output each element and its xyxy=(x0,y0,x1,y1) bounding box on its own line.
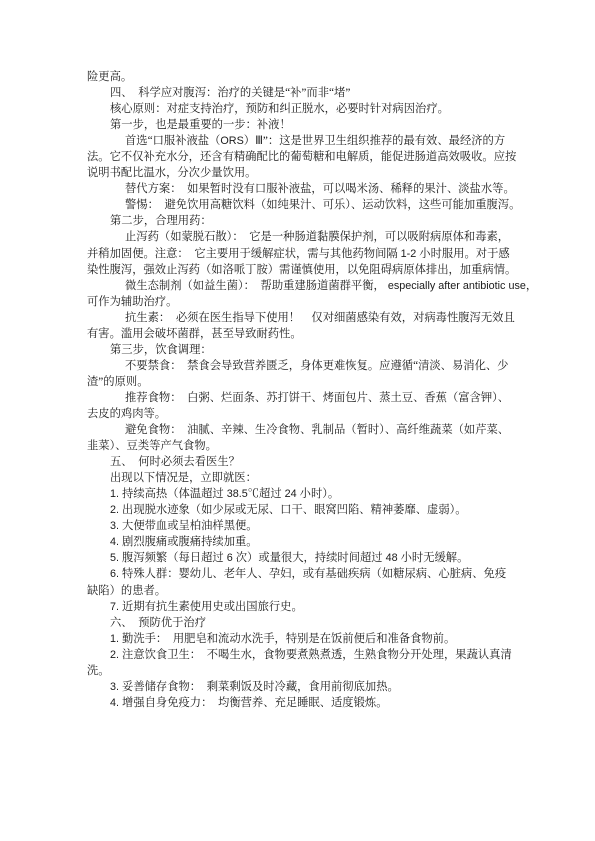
text-line: 5. 腹泻频繁（每日超过 6 次）或量很大，持续时间超过 48 小时无缓解。 xyxy=(87,550,519,566)
latin-text-run: ORS xyxy=(220,135,243,147)
latin-text-run: 38.5 xyxy=(224,488,248,500)
latin-text-run: 6. xyxy=(110,568,122,580)
text-line: 首选“口服补液盐（ORS）Ⅲ”：这是世界卫生组织推荐的最有效、最经济的方 xyxy=(87,133,519,149)
text-line: 法。它不仅补充水分，还含有精确配比的葡萄糖和电解质，能促进肠道高效吸收。应按 xyxy=(87,149,519,165)
text-line: 出现以下情况是，立即就医： xyxy=(87,470,519,486)
latin-text-run: 6 xyxy=(224,552,236,564)
text-line: 核心原则：对症支持治疗，预防和纠正脱水，必要时针对病因治疗。 xyxy=(87,101,519,117)
text-line: 1. 勤洗手： 用肥皂和流动水洗手，特别是在饭前便后和准备食物前。 xyxy=(87,631,519,647)
latin-text-run: especially after antibiotic use xyxy=(385,280,526,292)
text-line: 微生态制剂（如益生菌）： 帮助重建肠道菌群平衡， especially afte… xyxy=(87,278,519,294)
text-line: 第三步，饮食调理： xyxy=(87,342,519,358)
text-line: 避免食物： 油腻、辛辣、生冷食物、乳制品（暂时）、高纤维蔬菜（如芹菜、 xyxy=(87,422,519,438)
text-line: 染性腹泻，强效止泻药（如洛哌丁胺）需谨慎使用，以免阻碍病原体排出，加重病情。 xyxy=(87,262,519,278)
text-line: 1. 持续高热（体温超过 38.5℃超过 24 小时）。 xyxy=(87,486,519,502)
latin-text-run: 7. xyxy=(110,601,122,613)
text-line: 警惕： 避免饮用高糖饮料（如纯果汁、可乐）、运动饮料，这些可能加重腹泻。 xyxy=(87,197,519,213)
text-line: 6. 特殊人群：婴幼儿、老年人、孕妇，或有基础疾病（如糖尿病、心脏病、免疫 xyxy=(87,566,519,582)
text-line: 渣”的原则。 xyxy=(87,374,519,390)
text-line: 并稍加固便。注意： 它主要用于缓解症状，需与其他药物间隔 1-2 小时服用。对于… xyxy=(87,246,519,262)
text-line: 4. 剧烈腹痛或腹痛持续加重。 xyxy=(87,534,519,550)
text-line: 4. 增强自身免疫力： 均衡营养、充足睡眠、适度锻炼。 xyxy=(87,695,519,711)
latin-text-run: 4. xyxy=(110,536,122,548)
latin-text-run: 4. xyxy=(110,697,122,709)
text-line: 四、 科学应对腹泻：治疗的关键是“补”而非“堵” xyxy=(87,85,519,101)
text-line: 缺陷）的患者。 xyxy=(87,583,519,599)
latin-text-run: 3. xyxy=(110,681,122,693)
text-line: 韭菜）、豆类等产气食物。 xyxy=(87,438,519,454)
text-line: 替代方案： 如果暂时没有口服补液盐，可以喝米汤、稀释的果汁、淡盐水等。 xyxy=(87,181,519,197)
text-line: 抗生素： 必须在医生指导下使用！ 仅对细菌感染有效，对病毒性腹泻无效且 xyxy=(87,310,519,326)
text-line: 可作为辅助治疗。 xyxy=(87,294,519,310)
text-line: 洗。 xyxy=(87,663,519,679)
latin-text-run: 1. xyxy=(110,488,122,500)
latin-text-run: 2. xyxy=(110,649,122,661)
text-line: 去皮的鸡肉等。 xyxy=(87,406,519,422)
document-text-block: 险更高。四、 科学应对腹泻：治疗的关键是“补”而非“堵”核心原则：对症支持治疗，… xyxy=(87,69,519,711)
text-line: 有害。滥用会破坏菌群，甚至导致耐药性。 xyxy=(87,326,519,342)
latin-text-run: 5. xyxy=(110,552,122,564)
text-line: 2. 注意饮食卫生： 不喝生水，食物要煮熟煮透，生熟食物分开处理，果蔬认真清 xyxy=(87,647,519,663)
latin-text-run: 3. xyxy=(110,520,122,532)
document-page: 险更高。四、 科学应对腹泻：治疗的关键是“补”而非“堵”核心原则：对症支持治疗，… xyxy=(0,0,595,841)
latin-text-run: 1-2 xyxy=(398,248,420,260)
text-line: 六、 预防优于治疗 xyxy=(87,615,519,631)
text-line: 第一步，也是最重要的一步：补液！ xyxy=(87,117,519,133)
latin-text-run: 48 xyxy=(383,552,401,564)
text-line: 止泻药（如蒙脱石散）： 它是一种肠道黏膜保护剂，可以吸附病原体和毒素， xyxy=(87,229,519,245)
text-line: 2. 出现脱水迹象（如少尿或无尿、口干、眼窝凹陷、精神萎靡、虚弱）。 xyxy=(87,502,519,518)
text-line: 险更高。 xyxy=(87,69,519,85)
text-line: 7. 近期有抗生素使用史或出国旅行史。 xyxy=(87,599,519,615)
text-line: 3. 妥善储存食物： 剩菜剩饭及时冷藏，食用前彻底加热。 xyxy=(87,679,519,695)
text-line: 第二步，合理用药： xyxy=(87,213,519,229)
latin-text-run: 2. xyxy=(110,504,122,516)
text-line: 说明书配比温水，分次少量饮用。 xyxy=(87,165,519,181)
text-line: 五、 何时必须去看医生？ xyxy=(87,454,519,470)
latin-text-run: 24 xyxy=(282,488,300,500)
text-line: 3. 大便带血或呈柏油样黑便。 xyxy=(87,518,519,534)
text-line: 推荐食物： 白粥、烂面条、苏打饼干、烤面包片、蒸土豆、香蕉（富含钾）、 xyxy=(87,390,519,406)
text-line: 不要禁食： 禁食会导致营养匮乏，身体更难恢复。应遵循“清淡、易消化、少 xyxy=(87,358,519,374)
latin-text-run: 1. xyxy=(110,633,122,645)
